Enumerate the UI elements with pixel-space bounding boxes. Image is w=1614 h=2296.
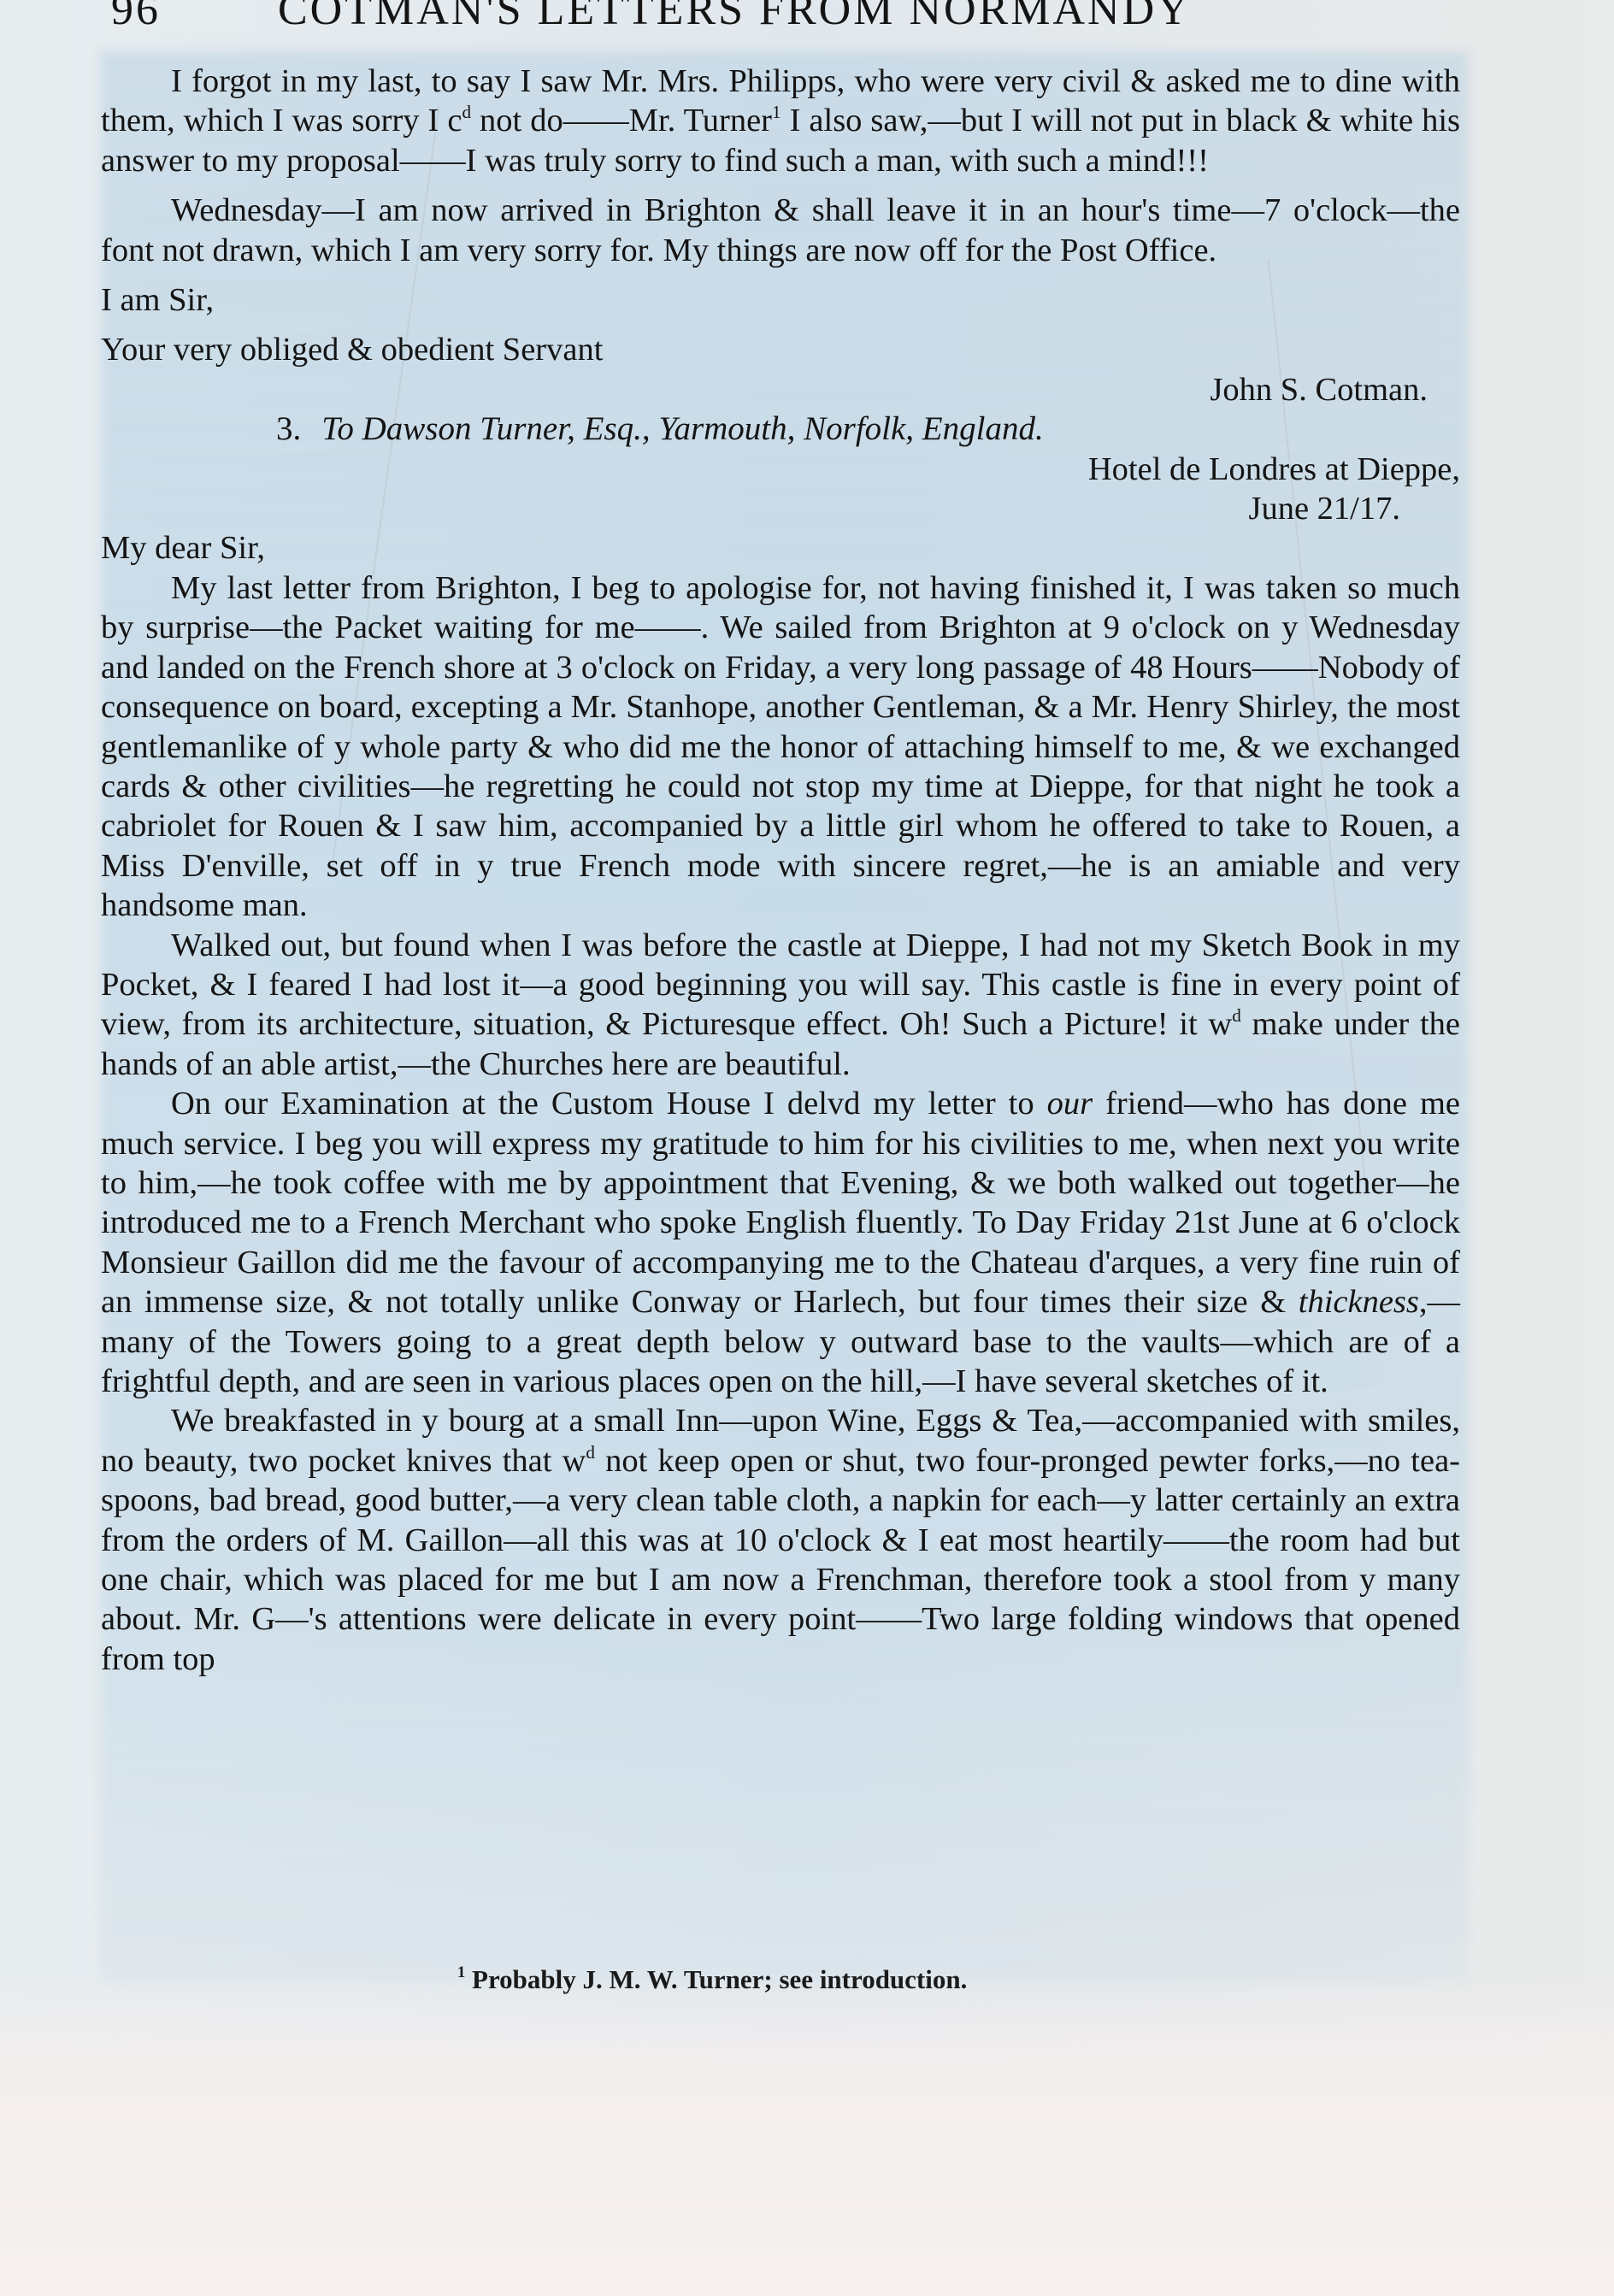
paragraph: Wednesday—I am now arrived in Brighton &… xyxy=(101,191,1460,270)
superscript: d xyxy=(462,103,471,123)
letter-addressee: To Dawson Turner, Esq., Yarmouth, Norfol… xyxy=(321,410,1043,447)
text-run: On our Examination at the Custom House I… xyxy=(171,1086,1047,1122)
closing: I am Sir, xyxy=(101,280,1460,320)
superscript: d xyxy=(586,1442,595,1463)
signature: John S. Cotman. xyxy=(101,370,1460,409)
letter-heading: 3.To Dawson Turner, Esq., Yarmouth, Norf… xyxy=(101,409,1460,449)
footnote-marker: 1 xyxy=(457,1963,465,1981)
footnote: 1 Probably J. M. W. Turner; see introduc… xyxy=(457,1964,967,1995)
running-header: 96 COTMAN'S LETTERS FROM NORMANDY xyxy=(111,0,1308,36)
paragraph: We breakfasted in y bourg at a small Inn… xyxy=(101,1401,1460,1679)
footnote-text: Probably J. M. W. Turner; see introducti… xyxy=(472,1964,967,1994)
letter-date: June 21/17. xyxy=(101,489,1460,528)
italic-run: our xyxy=(1047,1086,1093,1122)
page-body: I forgot in my last, to say I saw Mr. Mr… xyxy=(101,62,1460,1679)
letter-place: Hotel de Londres at Dieppe, xyxy=(101,450,1460,489)
letter-number: 3. xyxy=(276,410,301,447)
paragraph: Walked out, but found when I was before … xyxy=(101,926,1460,1085)
page-number: 96 xyxy=(111,0,161,35)
valediction: Your very obliged & obedient Servant xyxy=(101,330,1460,369)
running-title: COTMAN'S LETTERS FROM NORMANDY xyxy=(278,0,1192,35)
italic-run: thickness xyxy=(1299,1284,1419,1320)
salutation: My dear Sir, xyxy=(101,528,1460,568)
paragraph: I forgot in my last, to say I saw Mr. Mr… xyxy=(101,62,1460,180)
superscript: d xyxy=(1232,1006,1241,1027)
footnote-ref: 1 xyxy=(772,103,781,123)
text-run: not do——Mr. Turner xyxy=(471,103,772,138)
paragraph: My last letter from Brighton, I beg to a… xyxy=(101,568,1460,926)
paragraph: On our Examination at the Custom House I… xyxy=(101,1084,1460,1401)
